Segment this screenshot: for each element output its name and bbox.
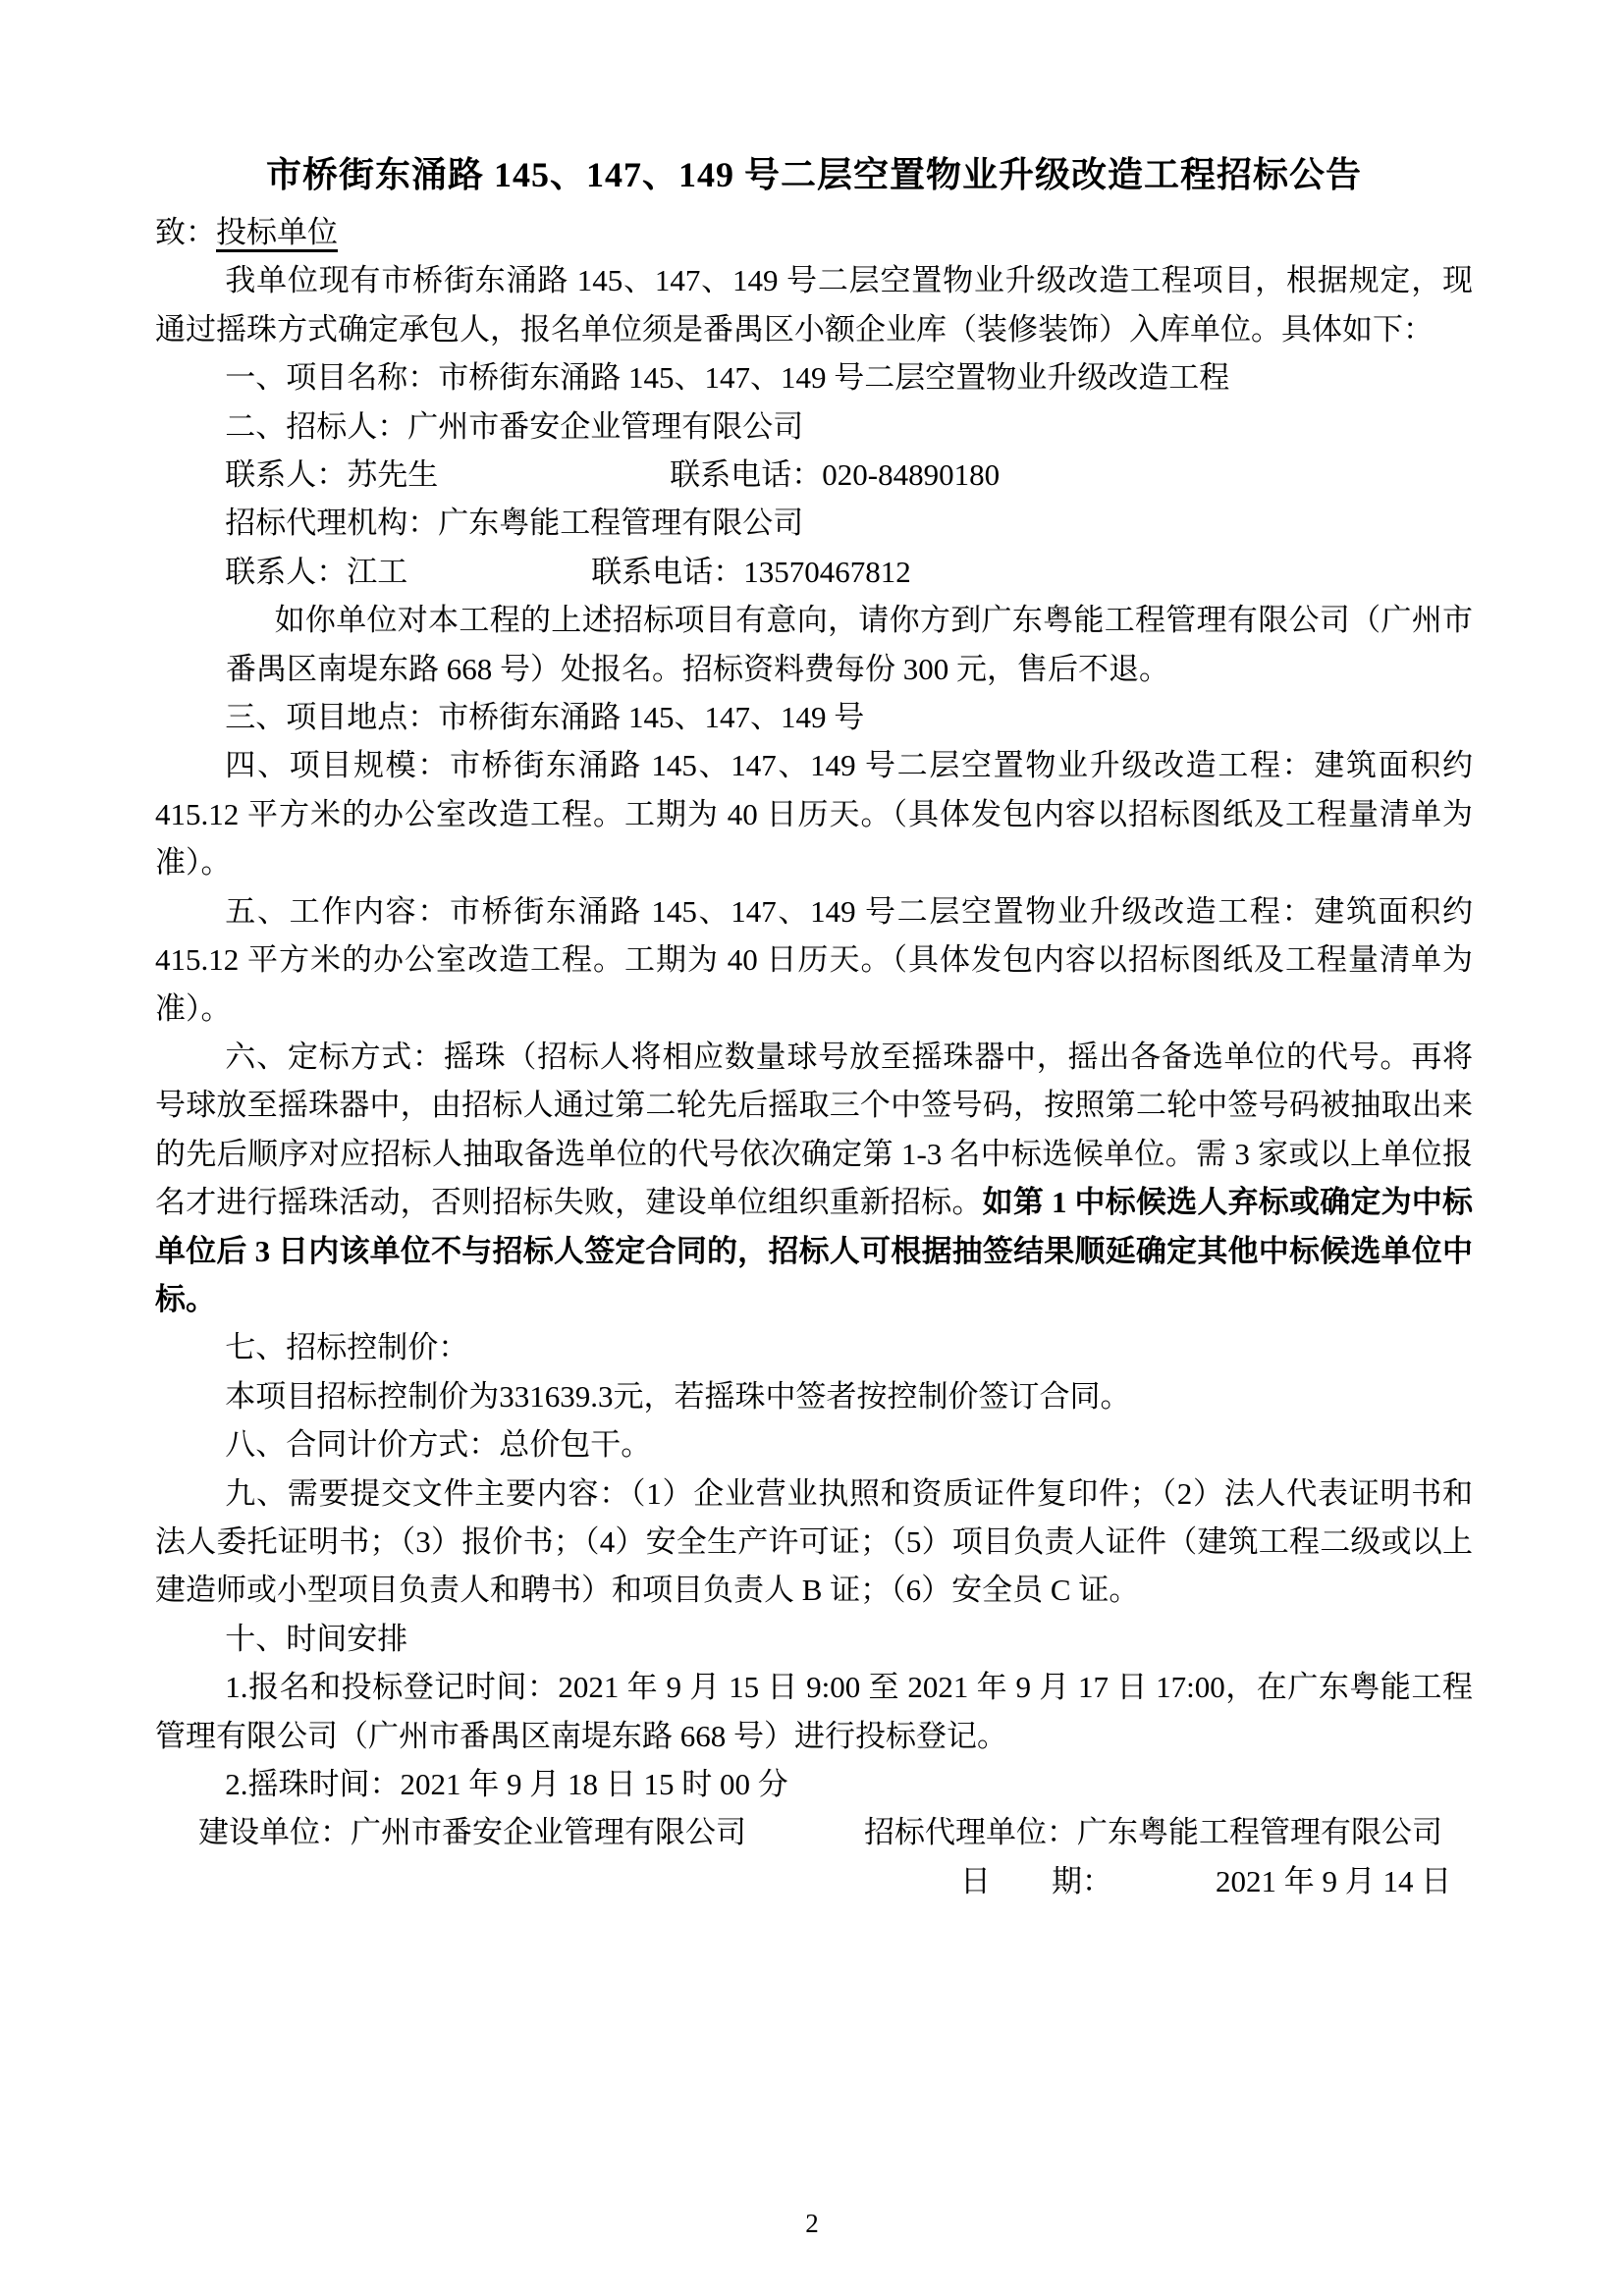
item-tenderee: 二、招标人：广州市番安企业管理有限公司 bbox=[155, 402, 1473, 451]
item-work-content: 五、工作内容：市桥街东涌路 145、147、149 号二层空置物业升级改造工程：… bbox=[155, 887, 1473, 1033]
spacer bbox=[407, 581, 591, 582]
item-schedule-heading: 十、时间安排 bbox=[155, 1615, 1473, 1663]
date-label: 日 期： bbox=[960, 1864, 1112, 1898]
document-body: 致：投标单位 我单位现有市桥街东涌路 145、147、149 号二层空置物业升级… bbox=[155, 208, 1473, 1905]
salutation-prefix: 致： bbox=[155, 215, 216, 249]
tenderee-contact-person: 联系人：苏先生 bbox=[225, 457, 438, 492]
agent-unit: 招标代理单位：广东粤能工程管理有限公司 bbox=[864, 1815, 1442, 1849]
registration-notice: 如你单位对本工程的上述招标项目有意向，请你方到广东粤能工程管理有限公司（广州市番… bbox=[226, 596, 1473, 693]
date-value: 2021 年 9 月 14 日 bbox=[1216, 1864, 1451, 1898]
salutation-line: 致：投标单位 bbox=[155, 208, 1473, 256]
spacer bbox=[1112, 1891, 1216, 1892]
salutation-recipient: 投标单位 bbox=[216, 215, 338, 249]
control-price-detail: 本项目招标控制价为331639.3元，若摇珠中签者按控制价签订合同。 bbox=[155, 1372, 1473, 1420]
agency-contact-phone: 联系电话：13570467812 bbox=[591, 555, 911, 589]
contact-line-tenderee: 联系人：苏先生联系电话：020-84890180 bbox=[155, 451, 1473, 499]
item-location: 三、项目地点：市桥街东涌路 145、147、149 号 bbox=[155, 693, 1473, 741]
date-line: 日 期：2021 年 9 月 14 日 bbox=[155, 1857, 1473, 1905]
item-pricing-method: 八、合同计价方式：总价包干。 bbox=[155, 1420, 1473, 1468]
item-project-name: 一、项目名称：市桥街东涌路 145、147、149 号二层空置物业升级改造工程 bbox=[155, 353, 1473, 401]
agency-line: 招标代理机构：广东粤能工程管理有限公司 bbox=[155, 499, 1473, 547]
spacer bbox=[746, 1842, 864, 1842]
intro-paragraph: 我单位现有市桥街东涌路 145、147、149 号二层空置物业升级改造工程项目，… bbox=[155, 256, 1473, 353]
document-title: 市桥街东涌路 145、147、149 号二层空置物业升级改造工程招标公告 bbox=[155, 147, 1473, 202]
item-control-price-heading: 七、招标控制价： bbox=[155, 1323, 1473, 1371]
spacer bbox=[438, 484, 670, 485]
schedule-lottery-time: 2.摇珠时间：2021 年 9 月 18 日 15 时 00 分 bbox=[155, 1760, 1473, 1808]
signature-line: 建设单位：广州市番安企业管理有限公司招标代理单位：广东粤能工程管理有限公司 bbox=[155, 1808, 1473, 1856]
page-number: 2 bbox=[0, 2209, 1624, 2239]
builder-unit: 建设单位：广州市番安企业管理有限公司 bbox=[198, 1815, 746, 1849]
item-required-documents: 九、需要提交文件主要内容：（1）企业营业执照和资质证件复印件；（2）法人代表证明… bbox=[155, 1469, 1473, 1615]
item-scale: 四、项目规模：市桥街东涌路 145、147、149 号二层空置物业升级改造工程：… bbox=[155, 741, 1473, 886]
item-award-method: 六、定标方式：摇珠（招标人将相应数量球号放至摇珠器中，摇出各备选单位的代号。再将… bbox=[155, 1033, 1473, 1323]
agency-contact-person: 联系人：江工 bbox=[225, 555, 407, 589]
tenderee-contact-phone: 联系电话：020-84890180 bbox=[670, 457, 1000, 492]
document-page: 市桥街东涌路 145、147、149 号二层空置物业升级改造工程招标公告 致：投… bbox=[0, 0, 1624, 2296]
contact-line-agency: 联系人：江工联系电话：13570467812 bbox=[155, 548, 1473, 596]
schedule-registration-time: 1.报名和投标登记时间：2021 年 9 月 15 日 9:00 至 2021 … bbox=[155, 1663, 1473, 1760]
